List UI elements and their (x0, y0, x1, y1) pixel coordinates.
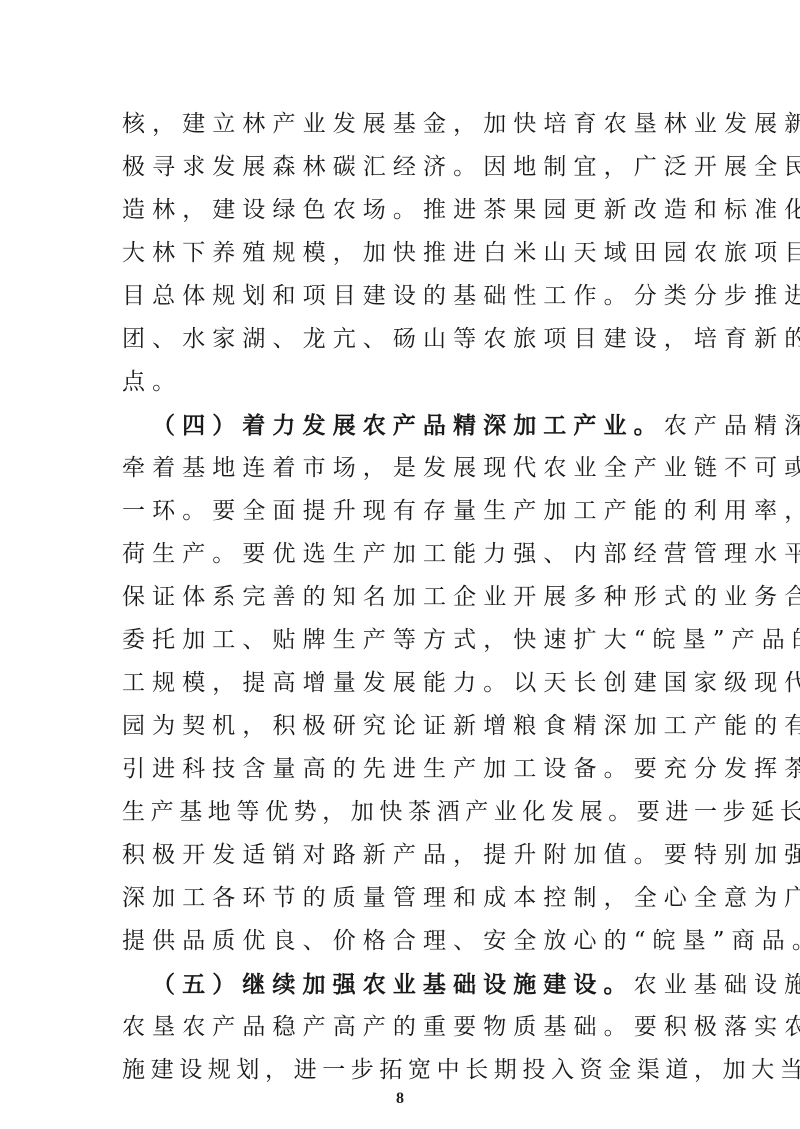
text-line: 提供品质优良、价格合理、安全放心的“皖垦”商品。 (122, 920, 694, 963)
text-line: 园为契机，积极研究论证新增粮食精深加工产能的有效途径， (122, 705, 694, 748)
text-line: 保证体系完善的知名加工企业开展多种形式的业务合作，通过 (122, 576, 694, 619)
text-line: 团、水家湖、龙亢、砀山等农旅项目建设，培育新的经济增长 (122, 318, 694, 361)
text-line: 荷生产。要优选生产加工能力强、内部经营管理水平高、质量 (122, 533, 694, 576)
text-line: 目总体规划和项目建设的基础性工作。分类分步推进茶业集 (122, 275, 694, 318)
text-line: 极寻求发展森林碳汇经济。因地制宜，广泛开展全民义务植树 (122, 146, 694, 189)
text-line: 引进科技含量高的先进生产加工设备。要充分发挥茶叶、黄酒 (122, 748, 694, 791)
text-line: 深加工各环节的质量管理和成本控制，全心全意为广大消费者 (122, 877, 694, 920)
text-line: 大林下养殖规模，加快推进白米山天域田园农旅项目，完成项 (122, 232, 694, 275)
section-4-heading: （四）着力发展农产品精深加工产业。 (152, 412, 664, 439)
text-line: 一环。要全面提升现有存量生产加工产能的利用率，力争满负 (122, 490, 694, 533)
text-line: 施建设规划，进一步拓宽中长期投入资金渠道，加大当期投入， (122, 1049, 694, 1092)
document-page: 核，建立林产业发展基金，加快培育农垦林业发展新动能。积 极寻求发展森林碳汇经济。… (0, 0, 800, 1129)
text-line: 点。 (122, 361, 694, 404)
text-line: 委托加工、贴牌生产等方式，快速扩大“皖垦”产品的生产加 (122, 619, 694, 662)
section-5-first-line: （五）继续加强农业基础设施建设。农业基础设施是实现 (152, 963, 694, 1006)
section-4-first-line: （四）着力发展农产品精深加工产业。农产品精深加工业 (152, 404, 694, 447)
text-line: 工规模，提高增量发展能力。以天长创建国家级现代农业产业 (122, 662, 694, 705)
section-5-first-line-text: 农业基础设施是实现 (634, 972, 800, 998)
text-line: 生产基地等优势，加快茶酒产业化发展。要进一步延长产业链， (122, 791, 694, 834)
text-line: 造林，建设绿色农场。推进茶果园更新改造和标准化生产，扩 (122, 189, 694, 232)
text-line: 核，建立林产业发展基金，加快培育农垦林业发展新动能。积 (122, 103, 694, 146)
text-line: 牵着基地连着市场，是发展现代农业全产业链不可或缺的关键 (122, 447, 694, 490)
section-4-first-line-text: 农产品精深加工业 (664, 413, 800, 439)
section-5-heading: （五）继续加强农业基础设施建设。 (152, 971, 634, 998)
text-line: 积极开发适销对路新产品，提升附加值。要特别加强农产品精 (122, 834, 694, 877)
page-number: 8 (0, 1090, 800, 1108)
text-line: 农垦农产品稳产高产的重要物质基础。要积极落实农业基础设 (122, 1006, 694, 1049)
